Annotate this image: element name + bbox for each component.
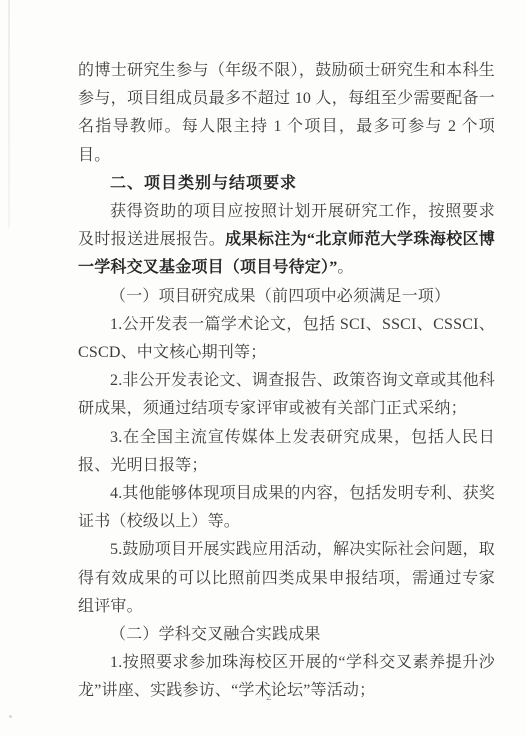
bold-text-segment: 二、项目类别与结项要求 bbox=[110, 175, 297, 192]
document-page: 的博士研究生参与（年级不限），鼓励硕士研究生和本科生参与，项目组成员最多不超过 … bbox=[0, 0, 525, 737]
paragraph: 1.公开发表一篇学术论文，包括 SCI、SSCI、CSSCI、CSCD、中文核心… bbox=[78, 311, 495, 367]
text-segment: 2.非公开发表论文、调查报告、政策咨询文章或其他科研成果，须通过结项专家评审或被… bbox=[78, 372, 495, 417]
paragraph: 4.其他能够体现项目成果的内容，包括发明专利、获奖证书（校级以上）等。 bbox=[78, 480, 495, 536]
section-heading: 二、项目类别与结项要求 bbox=[78, 170, 495, 198]
text-segment: 5.鼓励项目开展实践应用活动，解决实际社会问题，取得有效成果的可以比照前四类成果… bbox=[78, 541, 495, 614]
text-segment: 3.在全国主流宣传媒体上发表研究成果，包括人民日报、光明日报等； bbox=[78, 429, 495, 474]
paragraph: 5.鼓励项目开展实践应用活动，解决实际社会问题，取得有效成果的可以比照前四类成果… bbox=[78, 536, 495, 621]
paragraph: 1.按照要求参加珠海校区开展的“学科交叉素养提升沙龙”讲座、实践参访、“学术论坛… bbox=[78, 649, 495, 705]
scan-artifact-line bbox=[8, 0, 10, 228]
paragraph: 2.非公开发表论文、调查报告、政策咨询文章或其他科研成果，须通过结项专家评审或被… bbox=[78, 367, 495, 423]
paragraph: 的博士研究生参与（年级不限），鼓励硕士研究生和本科生参与，项目组成员最多不超过 … bbox=[78, 57, 495, 170]
text-segment: 的博士研究生参与（年级不限），鼓励硕士研究生和本科生参与，项目组成员最多不超过 … bbox=[78, 62, 495, 164]
text-segment: （一）项目研究成果（前四项中必须满足一项） bbox=[110, 288, 450, 305]
paragraph: 3.在全国主流宣传媒体上发表研究成果，包括人民日报、光明日报等； bbox=[78, 424, 495, 480]
text-segment: 1.公开发表一篇学术论文，包括 SCI、SSCI、CSSCI、CSCD、中文核心… bbox=[78, 316, 495, 361]
text-segment: 1.按照要求参加珠海校区开展的“学科交叉素养提升沙龙”讲座、实践参访、“学术论坛… bbox=[78, 654, 495, 699]
text-segment: （二）学科交叉融合实践成果 bbox=[110, 626, 321, 643]
text-segment: 。 bbox=[337, 259, 353, 276]
page-number: 2 bbox=[266, 691, 272, 703]
document-content: 的博士研究生参与（年级不限），鼓励硕士研究生和本科生参与，项目组成员最多不超过 … bbox=[78, 57, 495, 706]
paragraph: （一）项目研究成果（前四项中必须满足一项） bbox=[78, 283, 495, 311]
paragraph: 获得资助的项目应按照计划开展研究工作，按照要求及时报送进展报告。成果标注为“北京… bbox=[78, 198, 495, 283]
paragraph: （二）学科交叉融合实践成果 bbox=[78, 621, 495, 649]
scan-artifact-speck bbox=[9, 715, 12, 718]
text-segment: 4.其他能够体现项目成果的内容，包括发明专利、获奖证书（校级以上）等。 bbox=[78, 485, 495, 530]
